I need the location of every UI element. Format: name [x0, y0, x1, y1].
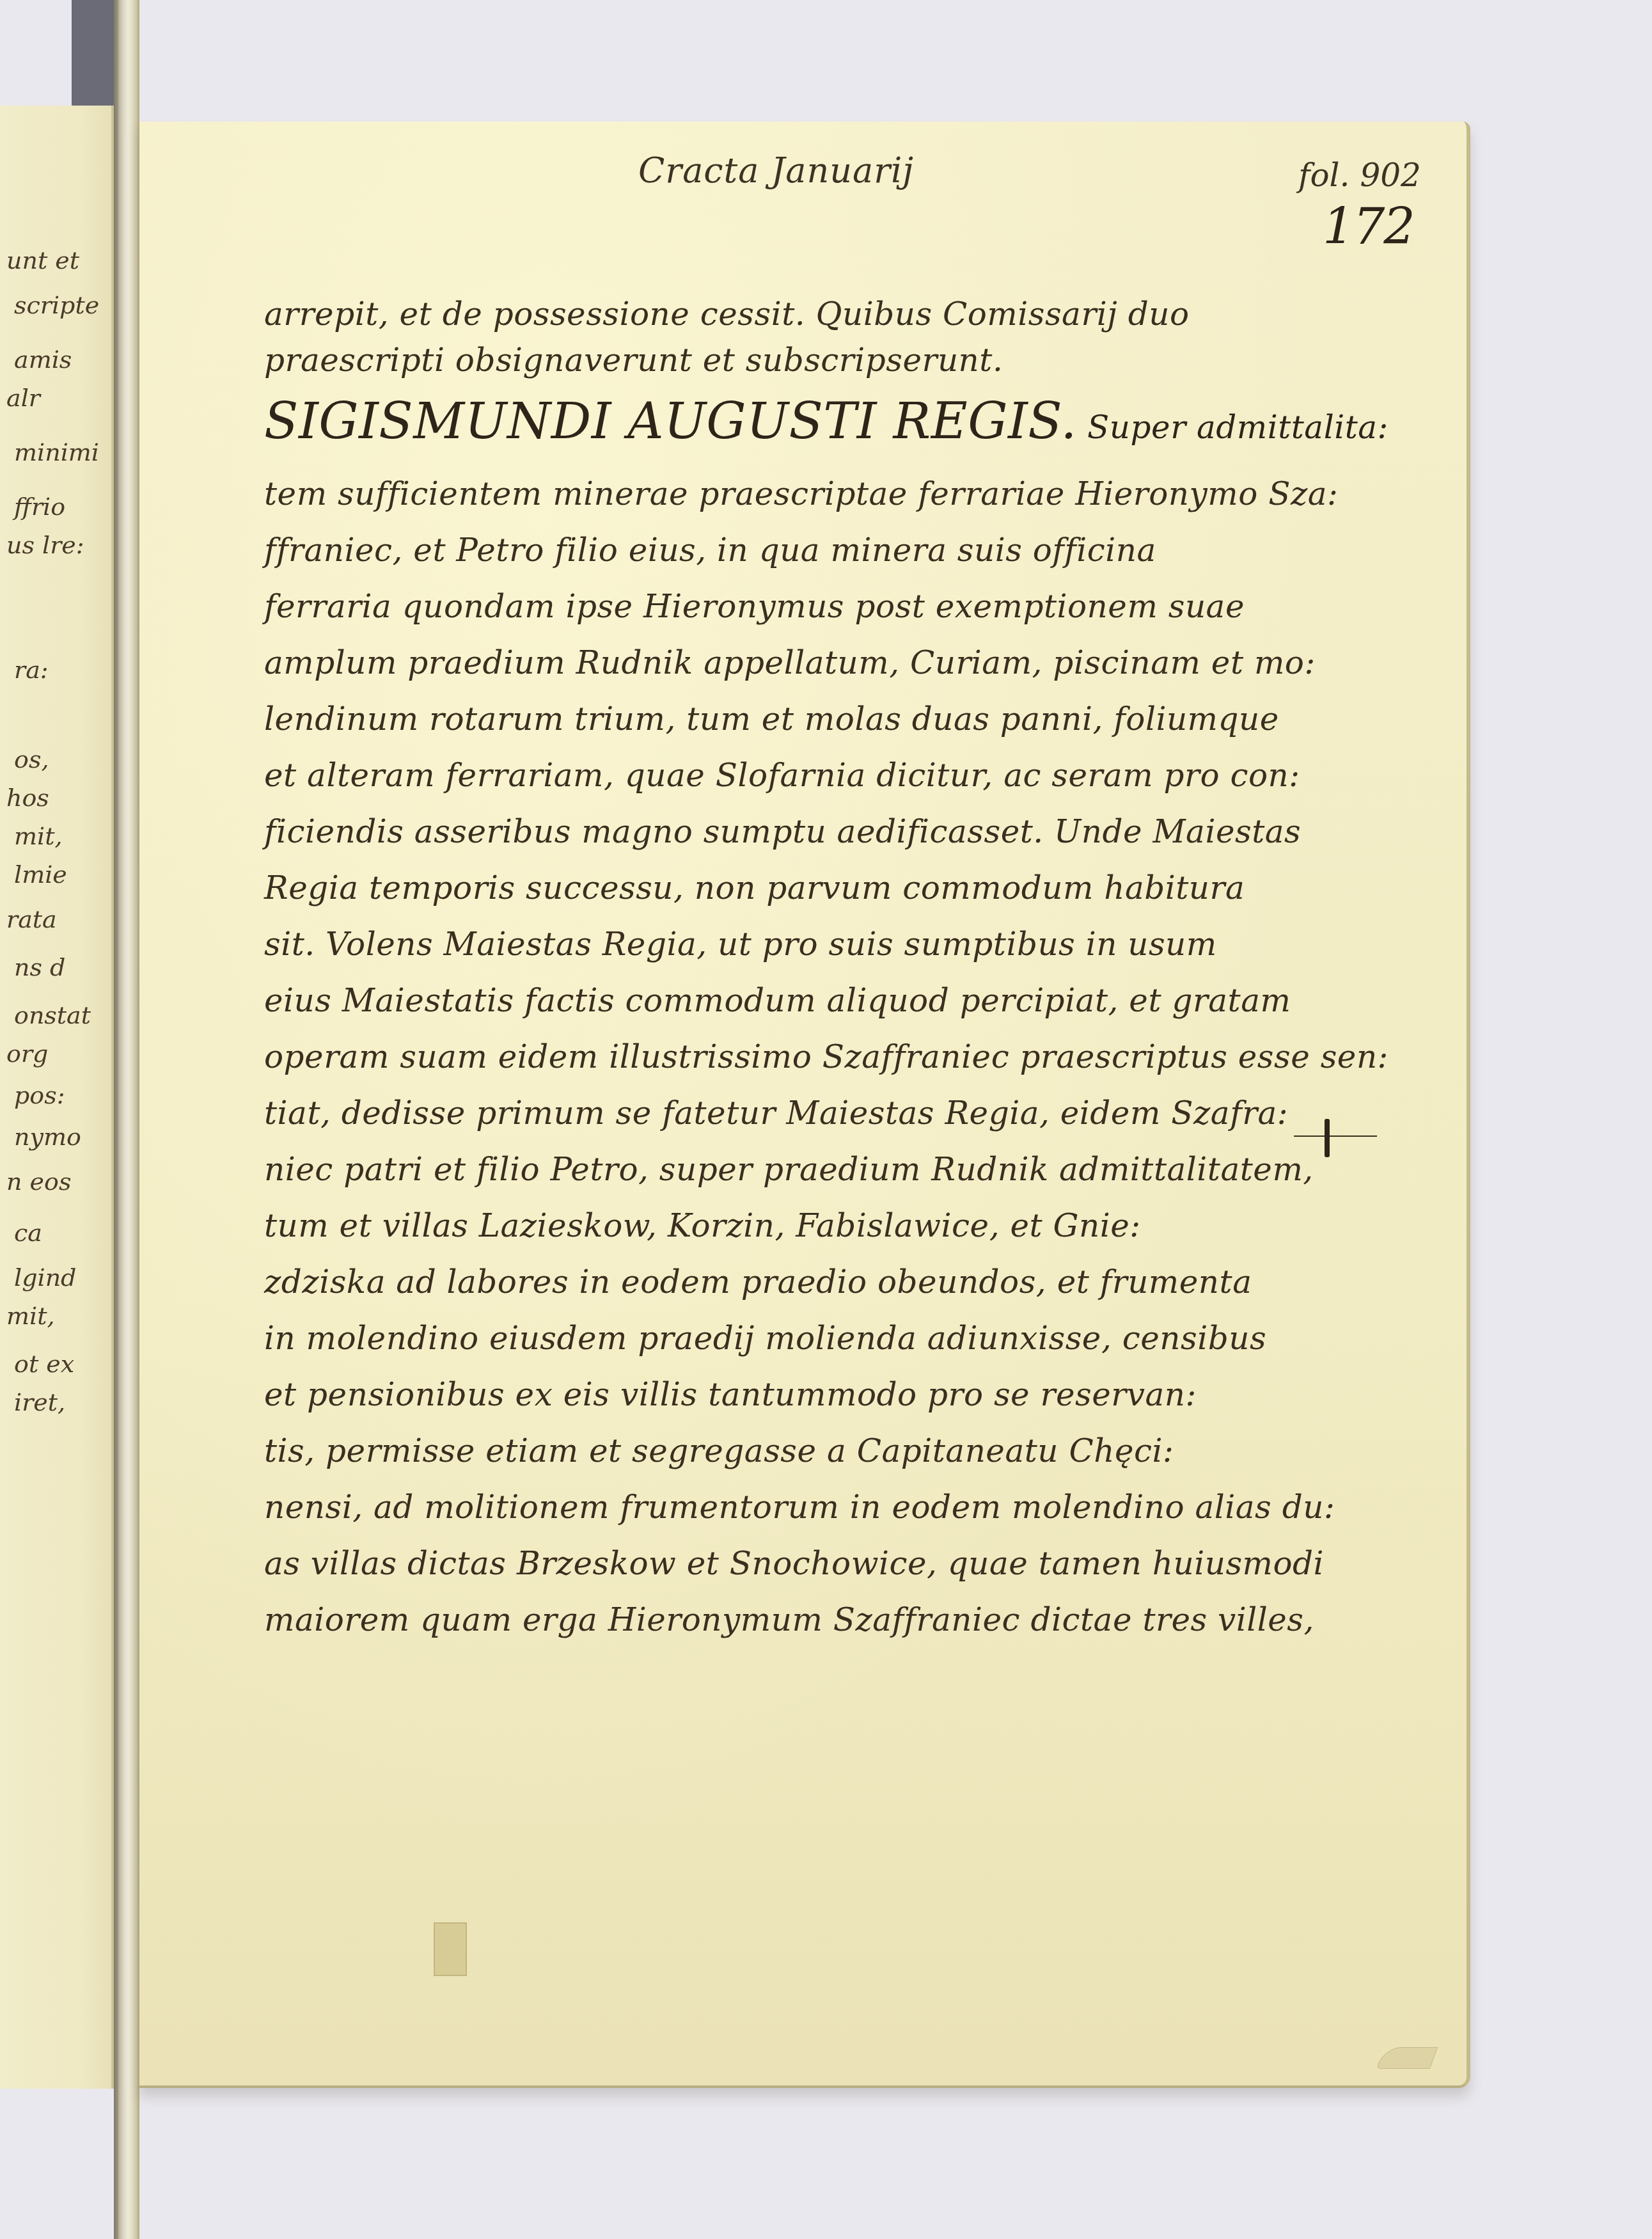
- text-line: as villas dictas Brzeskow et Snochowice,…: [264, 1535, 1326, 1592]
- text-line: tis, permisse etiam et segregasse a Capi…: [264, 1423, 1326, 1479]
- text-line: tem sufficientem minerae praescriptae fe…: [264, 466, 1326, 522]
- margin-fragment: ot ex: [14, 1350, 74, 1378]
- left-page-edge: unt etscripteamisalrminimiffrious lre:ra…: [0, 106, 114, 2089]
- heading-initial: SIGISMUNDI AUGUSTI REGIS.: [264, 393, 1077, 450]
- text-line: tiat, dedisse primum se fatetur Maiestas…: [264, 1085, 1326, 1141]
- margin-fragment: rata: [6, 905, 57, 933]
- text-line: praescripti obsignaverunt et subscripser…: [264, 337, 1326, 383]
- folio-number: 172: [1323, 198, 1414, 256]
- margin-fragment: hos: [6, 784, 49, 812]
- margin-fragment: minimi: [14, 438, 99, 466]
- text-line: ffraniec, et Petro filio eius, in qua mi…: [264, 522, 1326, 578]
- text-line: amplum praedium Rudnik appellatum, Curia…: [264, 635, 1326, 691]
- margin-fragment: ca: [14, 1219, 42, 1247]
- margin-fragment: ffrio: [14, 493, 65, 521]
- margin-fragment: ra:: [14, 656, 49, 684]
- text-line: ferraria quondam ipse Hieronymus post ex…: [264, 578, 1326, 635]
- manuscript-folio: Cracta Januarij fol. 902 172 arrepit, et…: [139, 122, 1470, 2088]
- main-text-block: arrepit, et de possessione cessit. Quibu…: [264, 291, 1326, 1648]
- text-line: maiorem quam erga Hieronymum Szaffraniec…: [264, 1592, 1326, 1648]
- margin-fragment: onstat: [14, 1001, 91, 1029]
- text-line: zdziska ad labores in eodem praedio obeu…: [264, 1254, 1326, 1310]
- text-line: sit. Volens Maiestas Regia, ut pro suis …: [264, 916, 1326, 972]
- page-corner-fold: [1376, 2047, 1438, 2069]
- margin-fragment: lmie: [14, 860, 67, 889]
- margin-fragment: amis: [14, 345, 72, 374]
- folio-reference: fol. 902: [1298, 157, 1421, 194]
- text-line: lendinum rotarum trium, tum et molas dua…: [264, 691, 1326, 747]
- text-line: arrepit, et de possessione cessit. Quibu…: [264, 291, 1326, 337]
- margin-fragment: ns d: [14, 953, 65, 981]
- margin-fragment: os,: [14, 745, 49, 773]
- margin-fragment: lgind: [14, 1263, 76, 1292]
- margin-fragment: n eos: [6, 1167, 71, 1196]
- section-heading: SIGISMUNDI AUGUSTI REGIS. Super admittal…: [264, 383, 1326, 466]
- glass-rod: [118, 0, 138, 2239]
- margin-fragment: unt et: [6, 246, 79, 274]
- margin-fragment: org: [6, 1040, 48, 1068]
- heading-rest: Super admittalita:: [1077, 409, 1388, 446]
- paper-tab: [434, 1922, 467, 1976]
- text-line: et alteram ferrariam, quae Slofarnia dic…: [264, 747, 1326, 803]
- margin-fragment: scripte: [14, 291, 99, 319]
- margin-fragment: nymo: [14, 1123, 81, 1151]
- margin-fragment: iret,: [14, 1388, 65, 1416]
- text-line: in molendino eiusdem praedij molienda ad…: [264, 1310, 1326, 1366]
- running-head: Cracta Januarij: [638, 150, 914, 191]
- margin-fragment: mit,: [6, 1302, 55, 1330]
- text-line: niec patri et filio Petro, super praediu…: [264, 1141, 1326, 1198]
- margin-cross-mark: [1294, 1135, 1377, 1137]
- text-line: et pensionibus ex eis villis tantummodo …: [264, 1366, 1326, 1423]
- text-line: tum et villas Lazieskow, Korzin, Fabisla…: [264, 1198, 1326, 1254]
- margin-fragment: mit,: [14, 822, 63, 850]
- text-line: nensi, ad molitionem frumentorum in eode…: [264, 1479, 1326, 1535]
- text-line: eius Maiestatis factis commodum aliquod …: [264, 972, 1326, 1029]
- text-line: operam suam eidem illustrissimo Szaffran…: [264, 1029, 1326, 1085]
- margin-fragment: us lre:: [6, 531, 84, 559]
- margin-fragment: alr: [6, 384, 40, 412]
- margin-fragment: pos:: [14, 1081, 65, 1109]
- text-line: ficiendis asseribus magno sumptu aedific…: [264, 803, 1326, 860]
- text-line: Regia temporis successu, non parvum comm…: [264, 860, 1326, 916]
